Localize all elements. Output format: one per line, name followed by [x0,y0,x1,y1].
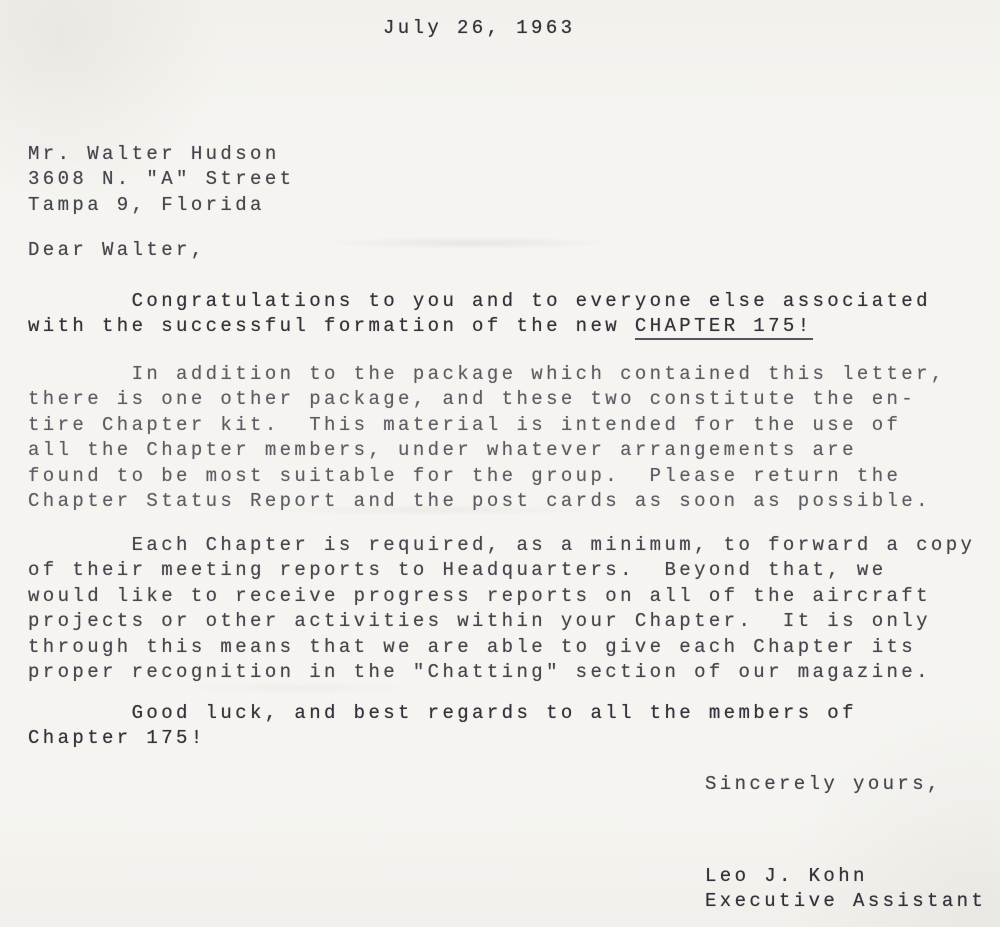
paragraph-1-line-1: Congratulations to you and to everyone e… [28,289,931,314]
paragraph-3-line-3: would like to receive progress reports o… [28,584,975,609]
letter-date: July 26, 1963 [383,16,575,41]
paragraph-4: Good luck, and best regards to all the m… [28,701,857,752]
paragraph-3-line-5: through this means that we are able to g… [28,635,975,660]
closing: Sincerely yours, [705,772,942,797]
paragraph-3-line-1: Each Chapter is required, as a minimum, … [28,533,975,558]
salutation: Dear Walter, [28,238,206,263]
salutation-block: Dear Walter, [28,238,206,263]
paragraph-1-line-2-text: with the successful formation of the new [28,315,635,337]
paragraph-2-line-4: all the Chapter members, under whatever … [28,438,946,463]
scanned-letter-page: July 26, 1963 Mr. Walter Hudson 3608 N. … [0,0,1000,927]
signature-name: Leo J. Kohn [705,864,986,889]
date-block: July 26, 1963 [383,16,575,41]
signature-block: Leo J. Kohn Executive Assistant [705,864,986,915]
paragraph-2-line-1: In addition to the package which contain… [28,362,946,387]
recipient-address-block: Mr. Walter Hudson 3608 N. "A" Street Tam… [28,142,294,218]
paragraph-2-line-2: there is one other package, and these tw… [28,387,946,412]
paragraph-3-line-2: of their meeting reports to Headquarters… [28,558,975,583]
recipient-city: Tampa 9, Florida [28,193,294,218]
paragraph-2-line-5: found to be most suitable for the group.… [28,464,946,489]
paragraph-1-line-2: with the successful formation of the new… [28,314,931,339]
paragraph-4-line-1: Good luck, and best regards to all the m… [28,701,857,726]
paragraph-2: In addition to the package which contain… [28,362,946,514]
paragraph-4-line-2: Chapter 175! [28,726,857,751]
paragraph-3-line-4: projects or other activities within your… [28,609,975,634]
recipient-name: Mr. Walter Hudson [28,142,294,167]
paragraph-3-line-6: proper recognition in the "Chatting" sec… [28,660,975,685]
closing-block: Sincerely yours, [705,772,942,797]
chapter-175-underlined-text: CHAPTER 175! [635,315,813,340]
paragraph-3: Each Chapter is required, as a minimum, … [28,533,975,685]
paragraph-2-line-3: tire Chapter kit. This material is inten… [28,413,946,438]
recipient-street: 3608 N. "A" Street [28,167,294,192]
paragraph-1: Congratulations to you and to everyone e… [28,289,931,340]
signature-title: Executive Assistant [705,889,986,914]
paragraph-2-line-6: Chapter Status Report and the post cards… [28,489,946,514]
